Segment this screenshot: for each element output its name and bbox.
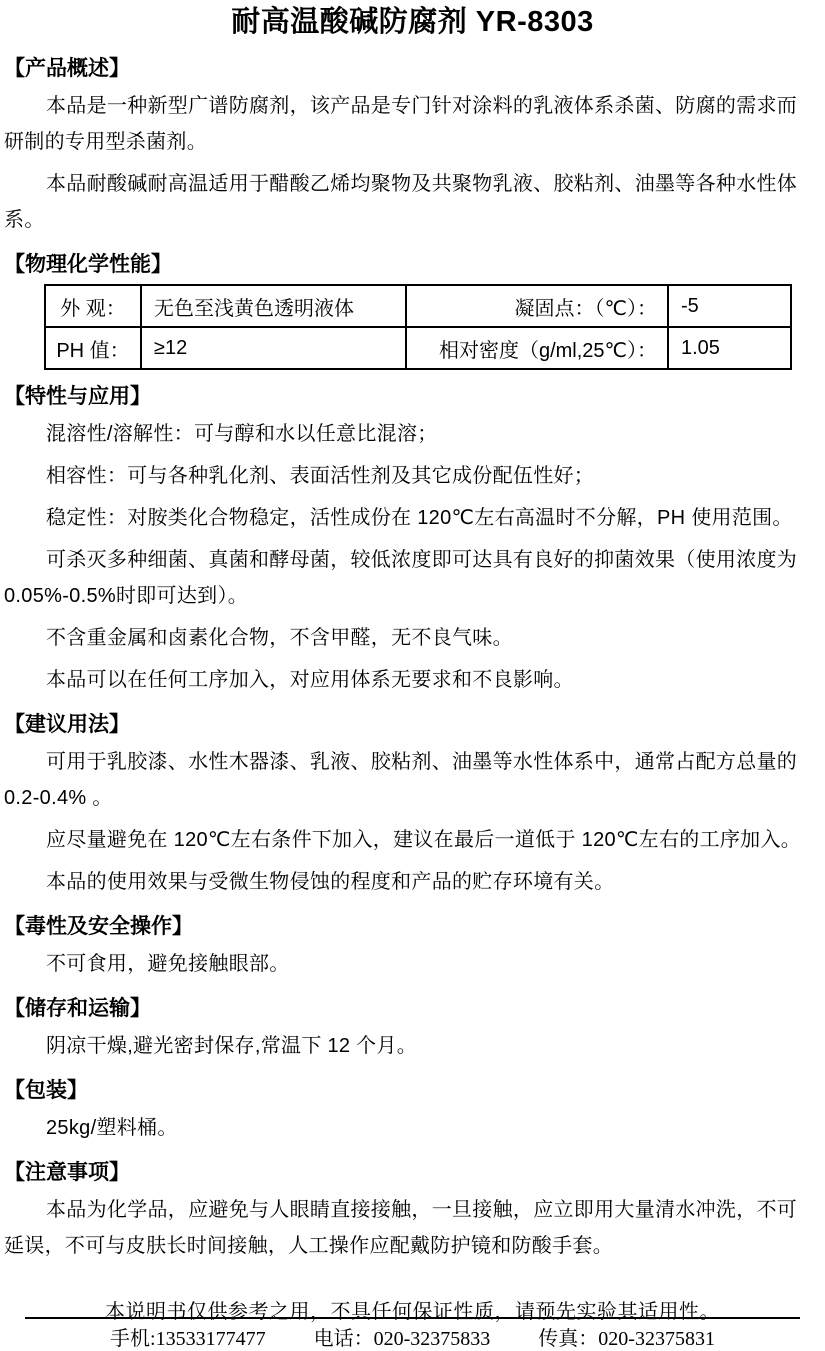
paragraph: 阴凉干燥,避光密封保存,常温下 12 个月。 <box>4 1028 813 1064</box>
document-title: 耐高温酸碱防腐剂 YR-8303 <box>4 2 821 42</box>
section-heading-toxicity-safety: 【毒性及安全操作】 <box>4 914 821 940</box>
table-cell-appearance-label: 外 观： <box>45 285 141 327</box>
page-footer: 手机:13533177477 电话：020-32375833 传真：020-32… <box>0 1317 825 1351</box>
paragraph: 25kg/塑料桶。 <box>4 1110 813 1146</box>
footer-phone: 电话：020-32375833 <box>314 1322 491 1351</box>
paragraph: 本品可以在任何工序加入，对应用体系无要求和不良影响。 <box>4 662 813 698</box>
section-heading-physical-chemical-properties: 【物理化学性能】 <box>4 252 821 278</box>
paragraph: 本品为化学品，应避免与人眼睛直接接触，一旦接触，应立即用大量清水冲洗，不可延误，… <box>4 1192 813 1264</box>
paragraph: 本品是一种新型广谱防腐剂，该产品是专门针对涂料的乳液体系杀菌、防腐的需求而研制的… <box>4 88 813 160</box>
footer-fax-value: 020-32375831 <box>598 1328 715 1350</box>
section-heading-precautions: 【注意事项】 <box>4 1160 821 1186</box>
paragraph: 不可食用，避免接触眼部。 <box>4 946 813 982</box>
paragraph: 可用于乳胶漆、水性木器漆、乳液、胶粘剂、油墨等水性体系中，通常占配方总量的 0.… <box>4 744 813 816</box>
paragraph: 可杀灭多种细菌、真菌和酵母菌，较低浓度即可达具有良好的抑菌效果（使用浓度为 0.… <box>4 542 813 614</box>
footer-contacts: 手机:13533177477 电话：020-32375833 传真：020-32… <box>0 1322 825 1351</box>
table-cell-ph-label: PH 值： <box>45 327 141 369</box>
paragraph: 混溶性/溶解性：可与醇和水以任意比混溶； <box>4 416 813 452</box>
section-heading-product-overview: 【产品概述】 <box>4 56 821 82</box>
footer-phone-label: 电话： <box>314 1328 374 1350</box>
paragraph: 相容性：可与各种乳化剂、表面活性剂及其它成份配伍性好； <box>4 458 813 494</box>
paragraph: 本品耐酸碱耐高温适用于醋酸乙烯均聚物及共聚物乳液、胶粘剂、油墨等各种水性体系。 <box>4 166 813 238</box>
footer-mobile: 手机:13533177477 <box>110 1322 266 1351</box>
footer-fax-label: 传真： <box>538 1328 598 1350</box>
section-heading-features-applications: 【特性与应用】 <box>4 384 821 410</box>
footer-phone-value: 020-32375833 <box>374 1328 491 1350</box>
document-page: 耐高温酸碱防腐剂 YR-8303 【产品概述】 本品是一种新型广谱防腐剂，该产品… <box>0 2 825 1351</box>
table-row: PH 值： ≥12 相对密度（g/ml,25℃）： 1.05 <box>45 327 791 369</box>
table-cell-density-value: 1.05 <box>668 327 791 369</box>
table-cell-ph-value: ≥12 <box>141 327 406 369</box>
section-heading-suggested-usage: 【建议用法】 <box>4 712 821 738</box>
footer-fax: 传真：020-32375831 <box>538 1322 715 1351</box>
table-cell-freezing-point-value: -5 <box>668 285 791 327</box>
table-cell-freezing-point-label: 凝固点：（℃）： <box>406 285 668 327</box>
footer-mobile-value: 13533177477 <box>156 1328 266 1350</box>
table-row: 外 观： 无色至浅黄色透明液体 凝固点：（℃）： -5 <box>45 285 791 327</box>
table-cell-density-label: 相对密度（g/ml,25℃）： <box>406 327 668 369</box>
footer-divider <box>25 1317 800 1319</box>
paragraph: 应尽量避免在 120℃左右条件下加入，建议在最后一道低于 120℃左右的工序加入… <box>4 822 813 858</box>
paragraph: 本品的使用效果与受微生物侵蚀的程度和产品的贮存环境有关。 <box>4 864 813 900</box>
section-heading-storage-transport: 【储存和运输】 <box>4 996 821 1022</box>
footer-mobile-label: 手机: <box>110 1328 156 1350</box>
section-heading-packaging: 【包装】 <box>4 1078 821 1104</box>
properties-table: 外 观： 无色至浅黄色透明液体 凝固点：（℃）： -5 PH 值： ≥12 相对… <box>44 284 792 370</box>
paragraph: 稳定性：对胺类化合物稳定，活性成份在 120℃左右高温时不分解，PH 使用范围。 <box>4 500 813 536</box>
table-cell-appearance-value: 无色至浅黄色透明液体 <box>141 285 406 327</box>
paragraph: 不含重金属和卤素化合物，不含甲醛，无不良气味。 <box>4 620 813 656</box>
